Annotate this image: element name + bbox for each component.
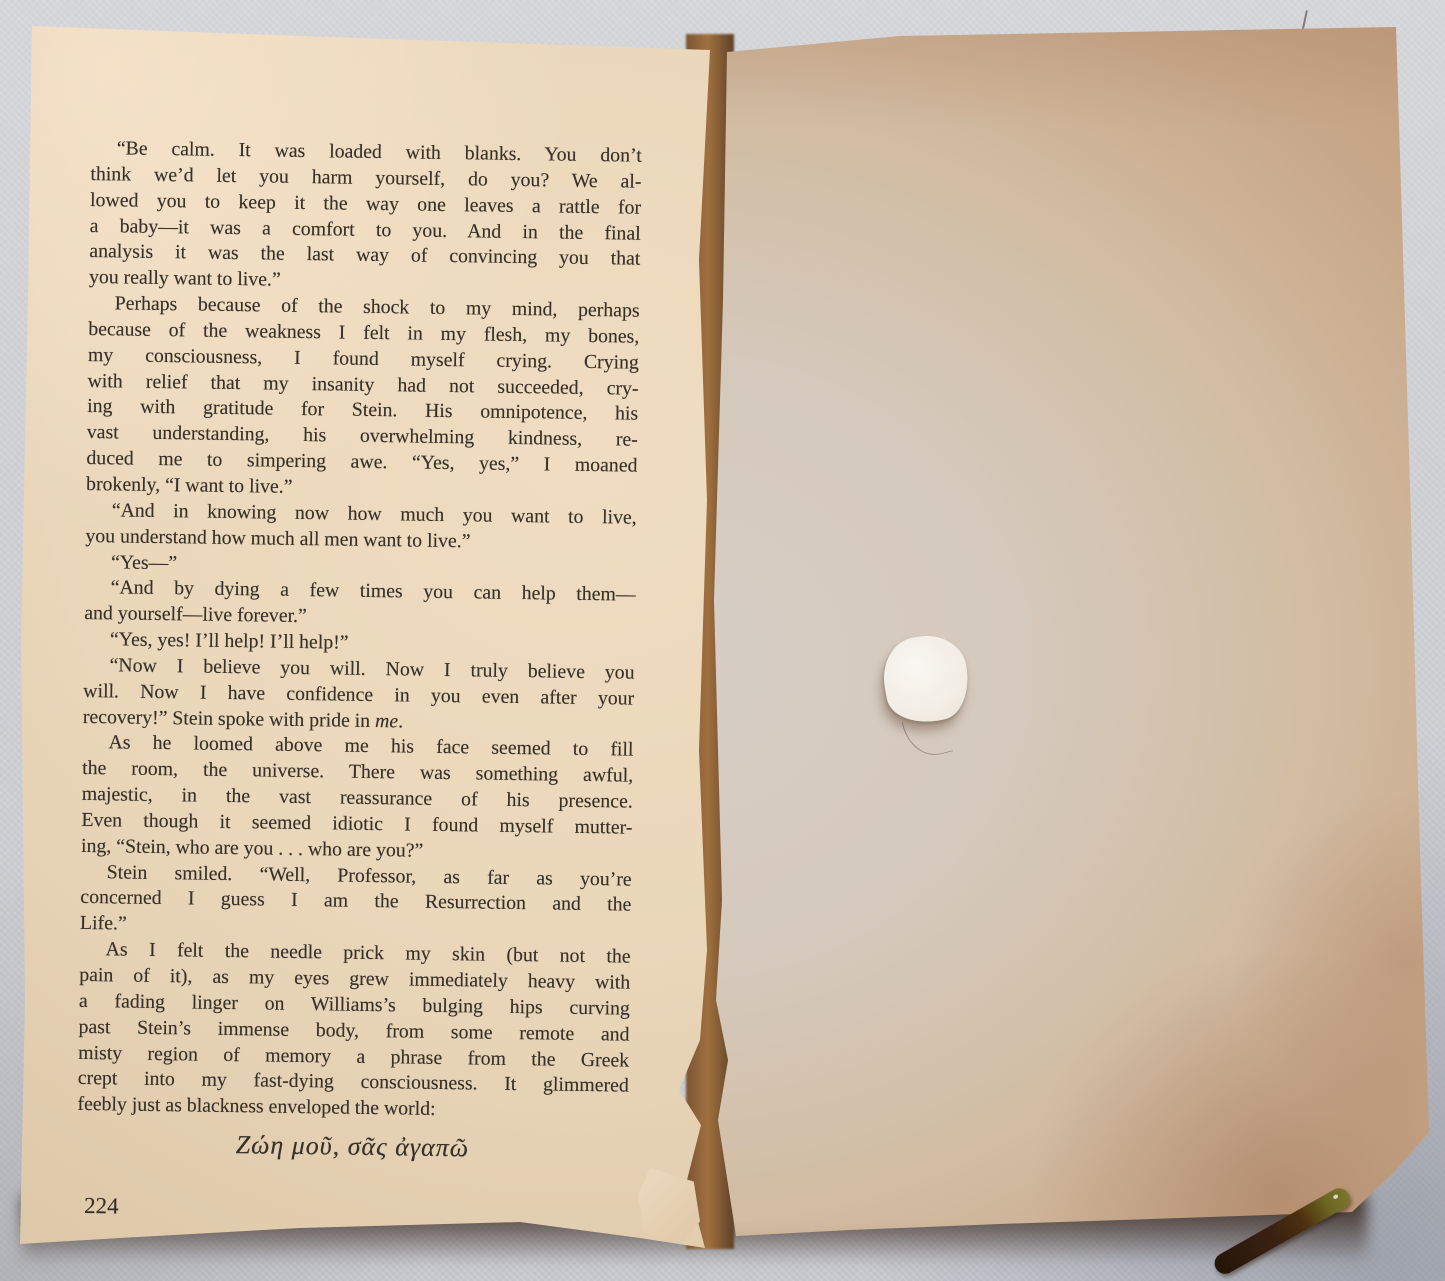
greek-phrase: Ζώη μοῦ, σᾶς ἀγαπῶ (77, 1126, 628, 1168)
twig-highlight (1333, 1194, 1339, 1200)
page-number: 224 (84, 1192, 627, 1228)
open-paperback-book-photo: “Be calm. It was loaded with blanks. You… (0, 0, 1445, 1281)
page-text-block: “Be calm. It was loaded with blanks. You… (76, 136, 642, 1228)
